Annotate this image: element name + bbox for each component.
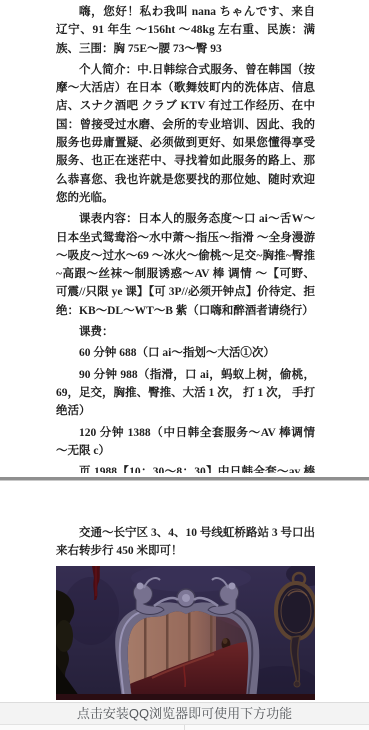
qq-install-banner[interactable]: 点击安装QQ浏览器即可使用下方功能 (0, 702, 369, 724)
bottom-toolbar-partial[interactable] (0, 724, 369, 730)
doc-paragraph-transport: 交通～长宁区 3、4、10 号线虹桥路站 3 号口出来右转步行 450 米即可！ (56, 524, 315, 561)
doc-paragraph-fee-90min: 90 分钟 988（指滑，口 ai，蚂蚁上树，偷桃，69，足交，胸推、臀推、大活… (56, 366, 315, 421)
doc-paragraph-fee-night: 页 1988【10：30～8：30】中日韩全套～av 棒调情～无限 c】开课时间… (56, 463, 315, 473)
room-mirror-illustration (56, 566, 315, 700)
toolbar-cell-right[interactable] (185, 725, 369, 730)
page-divider (0, 477, 369, 481)
doc-paragraph-fee-120min: 120 分钟 1388（中日韩全套服务～AV 棒调情～无限 c） (56, 424, 315, 461)
doc-paragraph-fee-title: 课费： (56, 323, 315, 341)
document-body: 嗨，您好！私わ我叫 nana ちゃんです、来自辽宁、91 年生 ～156ht ～… (56, 3, 315, 473)
qq-banner-text: 点击安装QQ浏览器即可使用下方功能 (77, 706, 292, 721)
doc-paragraph-profile: 个人简介：中.日韩综合式服务、曾在韩国（按摩～大活店）在日本（歌舞妓町内的洗体店… (56, 61, 315, 207)
room-mirror-photo (56, 566, 315, 700)
transport-section: 交通～长宁区 3、4、10 号线虹桥路站 3 号口出来右转步行 450 米即可！ (56, 524, 315, 564)
toolbar-cell-left[interactable] (0, 725, 184, 730)
doc-paragraph-service-list: 课表内容：日本人的服务态度～口 ai～舌W～日本坐式鸳鸯浴～水中萧～指压～指滑 … (56, 210, 315, 320)
doc-paragraph-intro: 嗨，您好！私わ我叫 nana ちゃんです、来自辽宁、91 年生 ～156ht ～… (56, 3, 315, 58)
doc-paragraph-fee-60min: 60 分钟 688（口 ai～指划～大活①次） (56, 344, 315, 362)
page: 嗨，您好！私わ我叫 nana ちゃんです、来自辽宁、91 年生 ～156ht ～… (0, 0, 369, 730)
